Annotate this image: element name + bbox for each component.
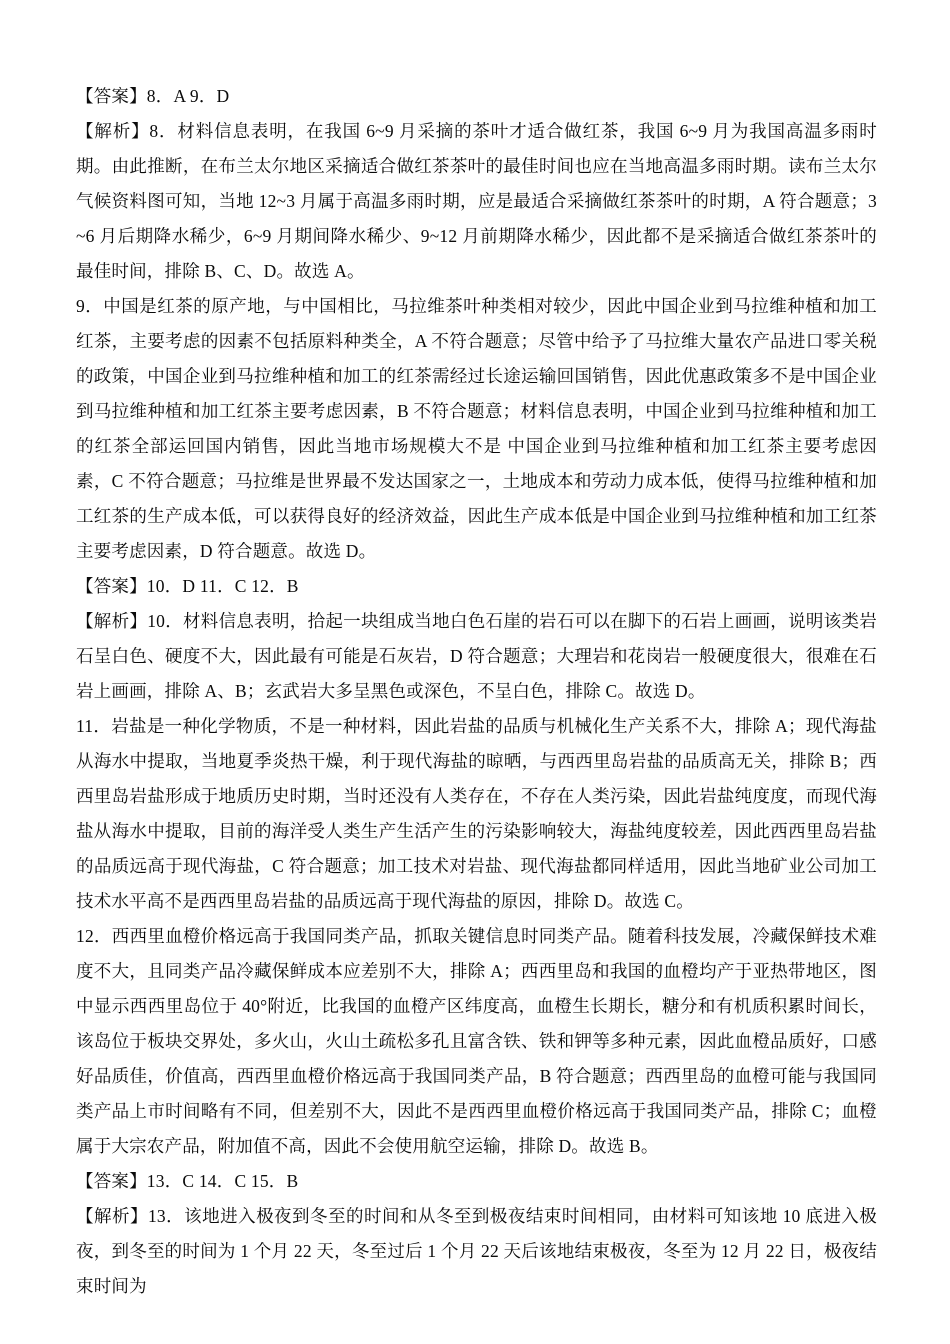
analysis-q11: 11．岩盐是一种化学物质，不是一种材料，因此岩盐的品质与机械化生产关系不大，排除… [76, 709, 877, 919]
analysis-q8: 【解析】8．材料信息表明，在我国 6~9 月采摘的茶叶才适合做红茶，我国 6~9… [76, 114, 877, 289]
analysis-q9: 9．中国是红茶的原产地，与中国相比，马拉维茶叶种类相对较少，因此中国企业到马拉维… [76, 289, 877, 569]
analysis-q10: 【解析】10．材料信息表明，拾起一块组成当地白色石崖的岩石可以在脚下的石岩上画画… [76, 604, 877, 709]
answer-line-q13-q15: 【答案】13．C 14．C 15．B [76, 1164, 877, 1199]
document-page: 【答案】8．A 9．D 【解析】8．材料信息表明，在我国 6~9 月采摘的茶叶才… [0, 0, 950, 1344]
analysis-q13: 【解析】13．该地进入极夜到冬至的时间和从冬至到极夜结束时间相同，由材料可知该地… [76, 1199, 877, 1304]
answer-line-q10-q12: 【答案】10．D 11．C 12．B [76, 569, 877, 604]
analysis-q12: 12．西西里血橙价格远高于我国同类产品，抓取关键信息时同类产品。随着科技发展，冷… [76, 919, 877, 1164]
answer-line-q8-q9: 【答案】8．A 9．D [76, 79, 877, 114]
